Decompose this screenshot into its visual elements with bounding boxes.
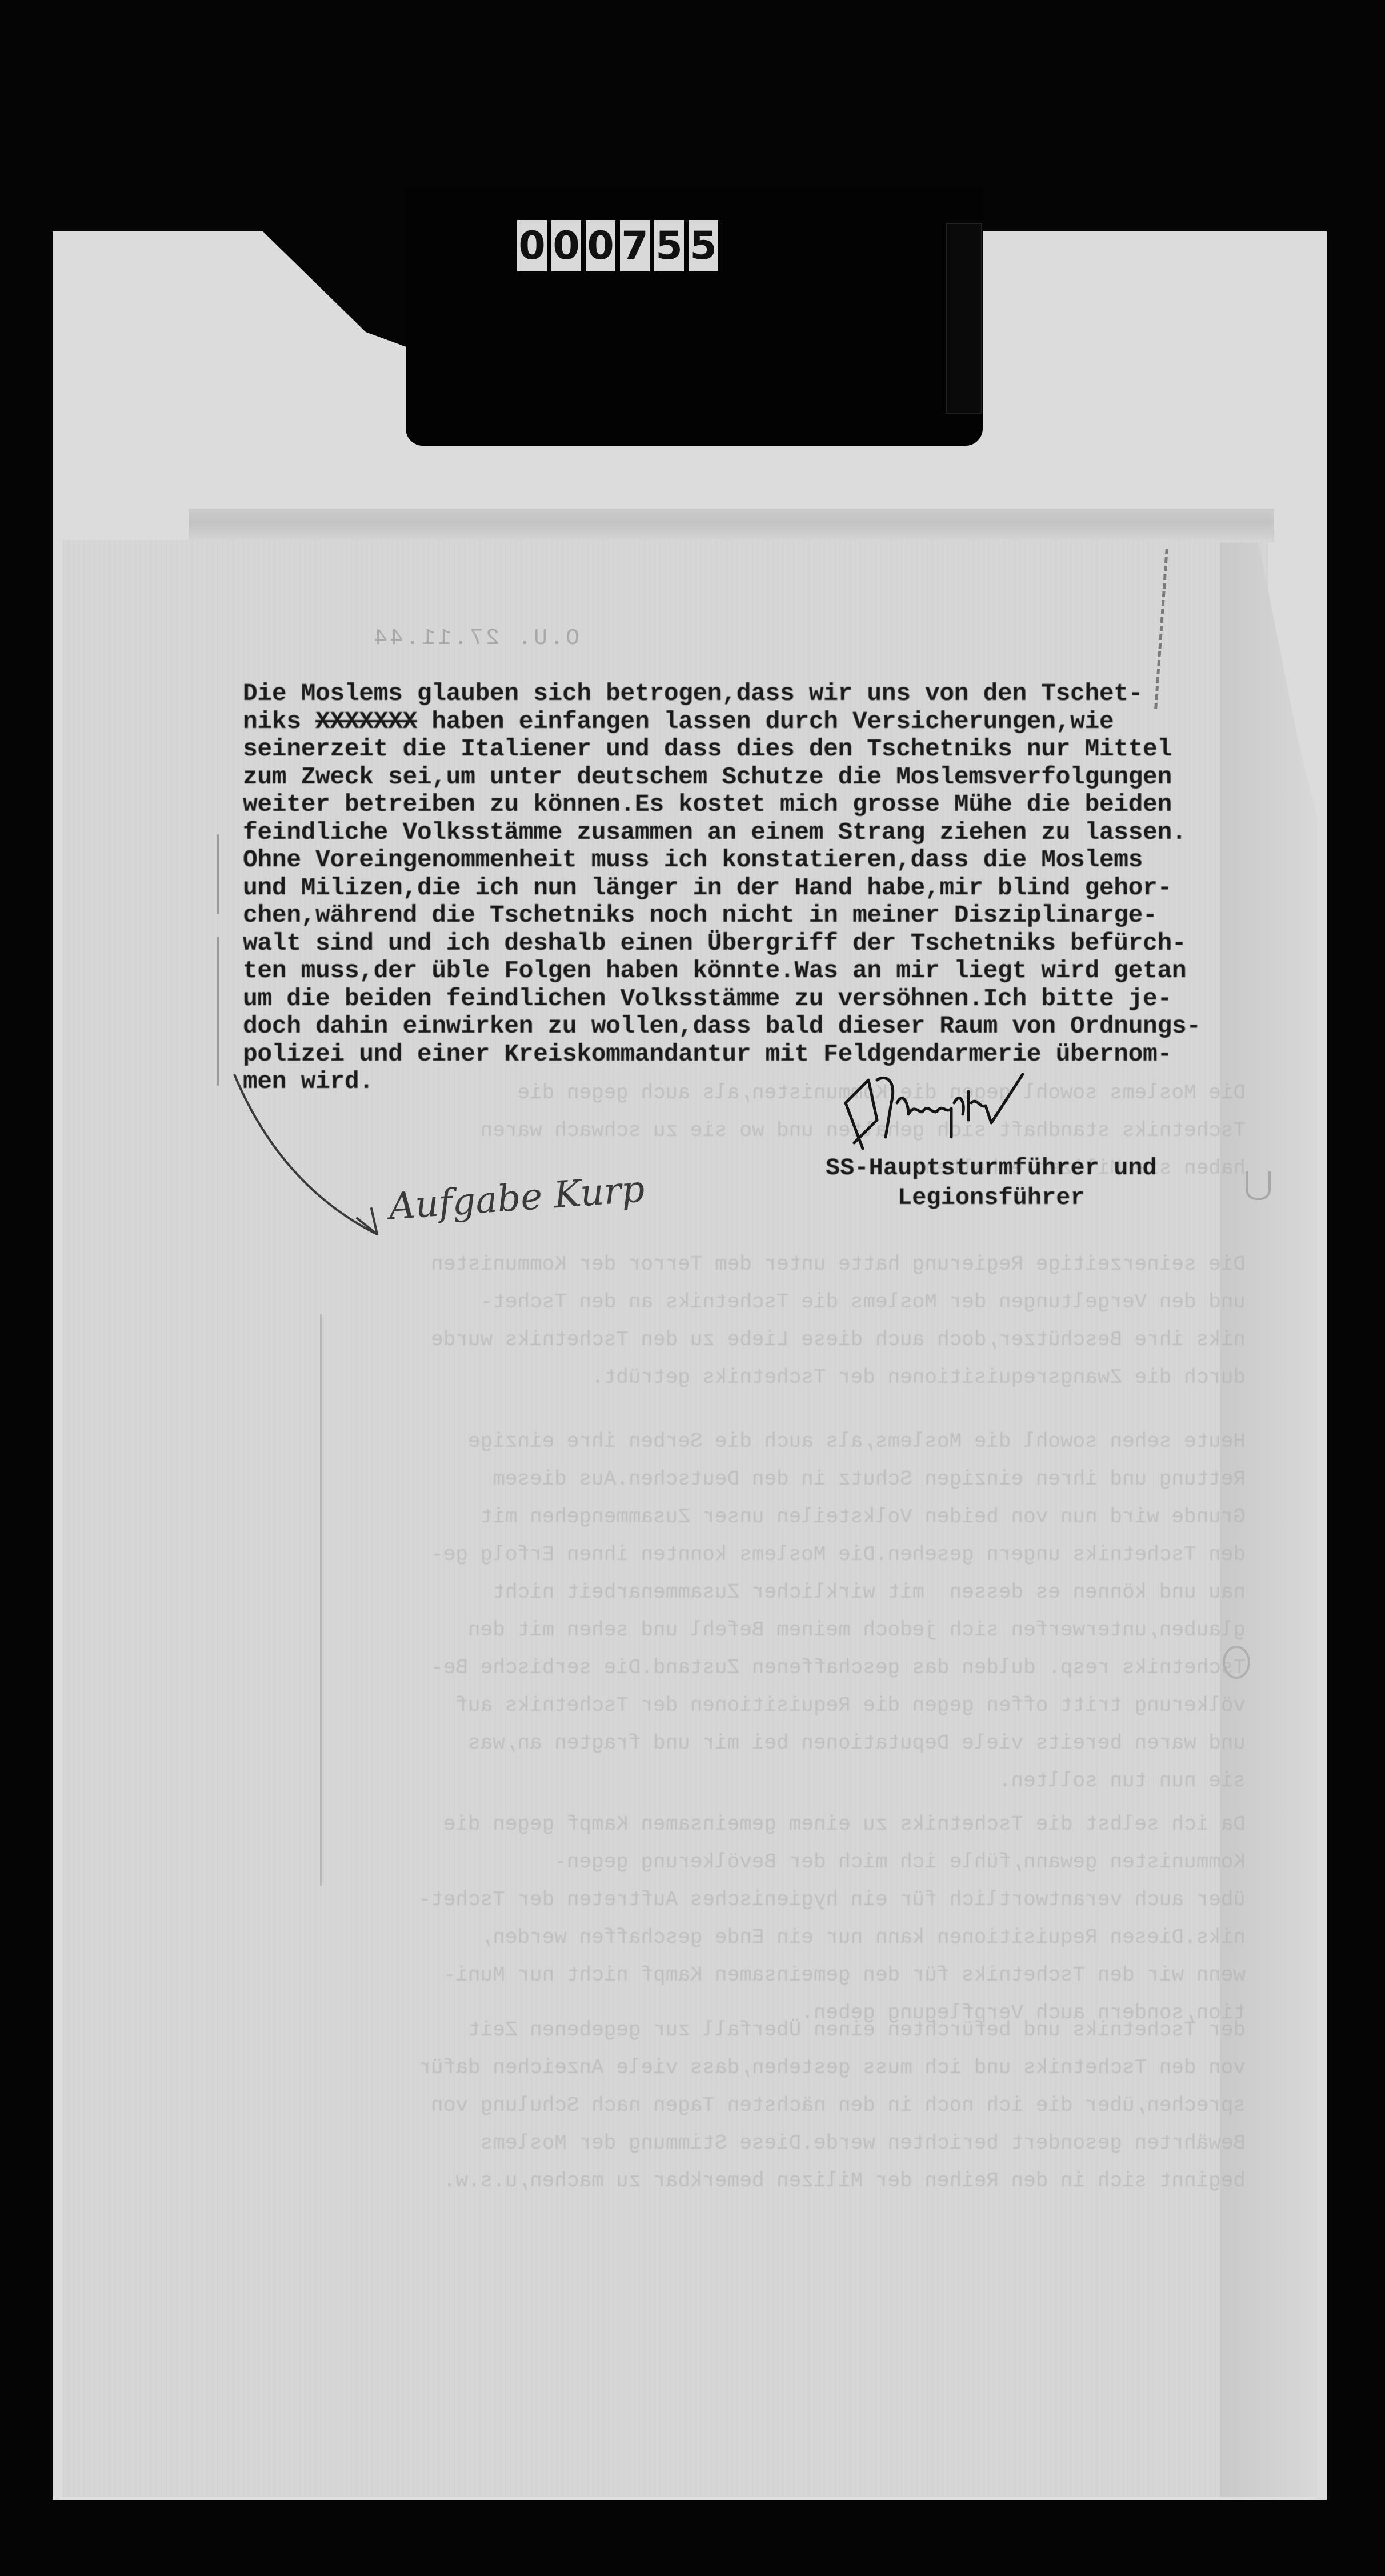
bleed-through-text: der Tschetniks und befürchten einen Über… <box>303 2011 1246 2200</box>
letter-line: polizei und einer Kreiskommandantur mit … <box>243 1041 1271 1069</box>
letter-line: Die Moslems glauben sich betrogen,dass w… <box>243 680 1271 708</box>
frame-counter: 0 0 0 7 5 5 <box>517 220 718 271</box>
bleed-through-header: O.U. 27.11.44 <box>371 626 579 651</box>
faint-circle-mark <box>1223 1646 1250 1679</box>
margin-mark <box>217 937 219 1086</box>
letter-line: feindliche Volksstämme zusammen an einem… <box>243 819 1271 847</box>
counter-digit: 0 <box>517 220 547 271</box>
counter-digit: 5 <box>654 220 684 271</box>
margin-mark <box>217 834 219 914</box>
fold-shadow <box>189 509 1274 543</box>
letter-line: seinerzeit die Italiener und dass dies d… <box>243 735 1271 763</box>
curved-arrow-icon <box>229 1069 400 1251</box>
signature-mark <box>823 1069 1034 1154</box>
bleed-through-text: Da ich selbst die Tschetniks zu einem ge… <box>303 1806 1246 2032</box>
counter-arm <box>946 223 982 414</box>
letter-body: Die Moslems glauben sich betrogen,dass w… <box>243 680 1271 1096</box>
letter-line: chen,während die Tschetniks noch nicht i… <box>243 902 1271 930</box>
struck-word: XXXXXXX <box>315 707 417 735</box>
letter-line: zum Zweck sei,um unter deutschem Schutze… <box>243 763 1271 791</box>
letter-line: Ohne Voreingenommenheit muss ich konstat… <box>243 846 1271 874</box>
counter-digit: 7 <box>620 220 650 271</box>
letter-line: und Milizen,die ich nun länger in der Ha… <box>243 874 1271 902</box>
signatory-title-line1: SS-Hauptsturmführer und <box>826 1153 1157 1183</box>
margin-mark <box>320 1314 322 1886</box>
letter-line: niks XXXXXXX haben einfangen lassen durc… <box>243 708 1271 736</box>
letter-line: ten muss,der üble Folgen haben könnte.Wa… <box>243 957 1271 985</box>
faint-stamp-mark <box>1246 1171 1271 1200</box>
signatory-title-line2: Legionsführer <box>826 1183 1157 1213</box>
letter-line: weiter betreiben zu können.Es kostet mic… <box>243 791 1271 819</box>
bleed-through-text: Die seinerzeitige Regierung hatte unter … <box>303 1246 1246 1397</box>
counter-digit: 0 <box>551 220 581 271</box>
letter-line: walt sind und ich deshalb einen Übergrif… <box>243 930 1271 958</box>
counter-digit: 5 <box>689 220 718 271</box>
signatory-title: SS-Hauptsturmführer und Legionsführer <box>826 1153 1157 1213</box>
counter-digit: 0 <box>586 220 615 271</box>
letter-line: um die beiden feindlichen Volksstämme zu… <box>243 985 1271 1013</box>
bleed-through-text: Heute sehen sowohl die Moslems,als auch … <box>303 1423 1246 1800</box>
letter-line: doch dahin einwirken zu wollen,dass bald… <box>243 1013 1271 1041</box>
